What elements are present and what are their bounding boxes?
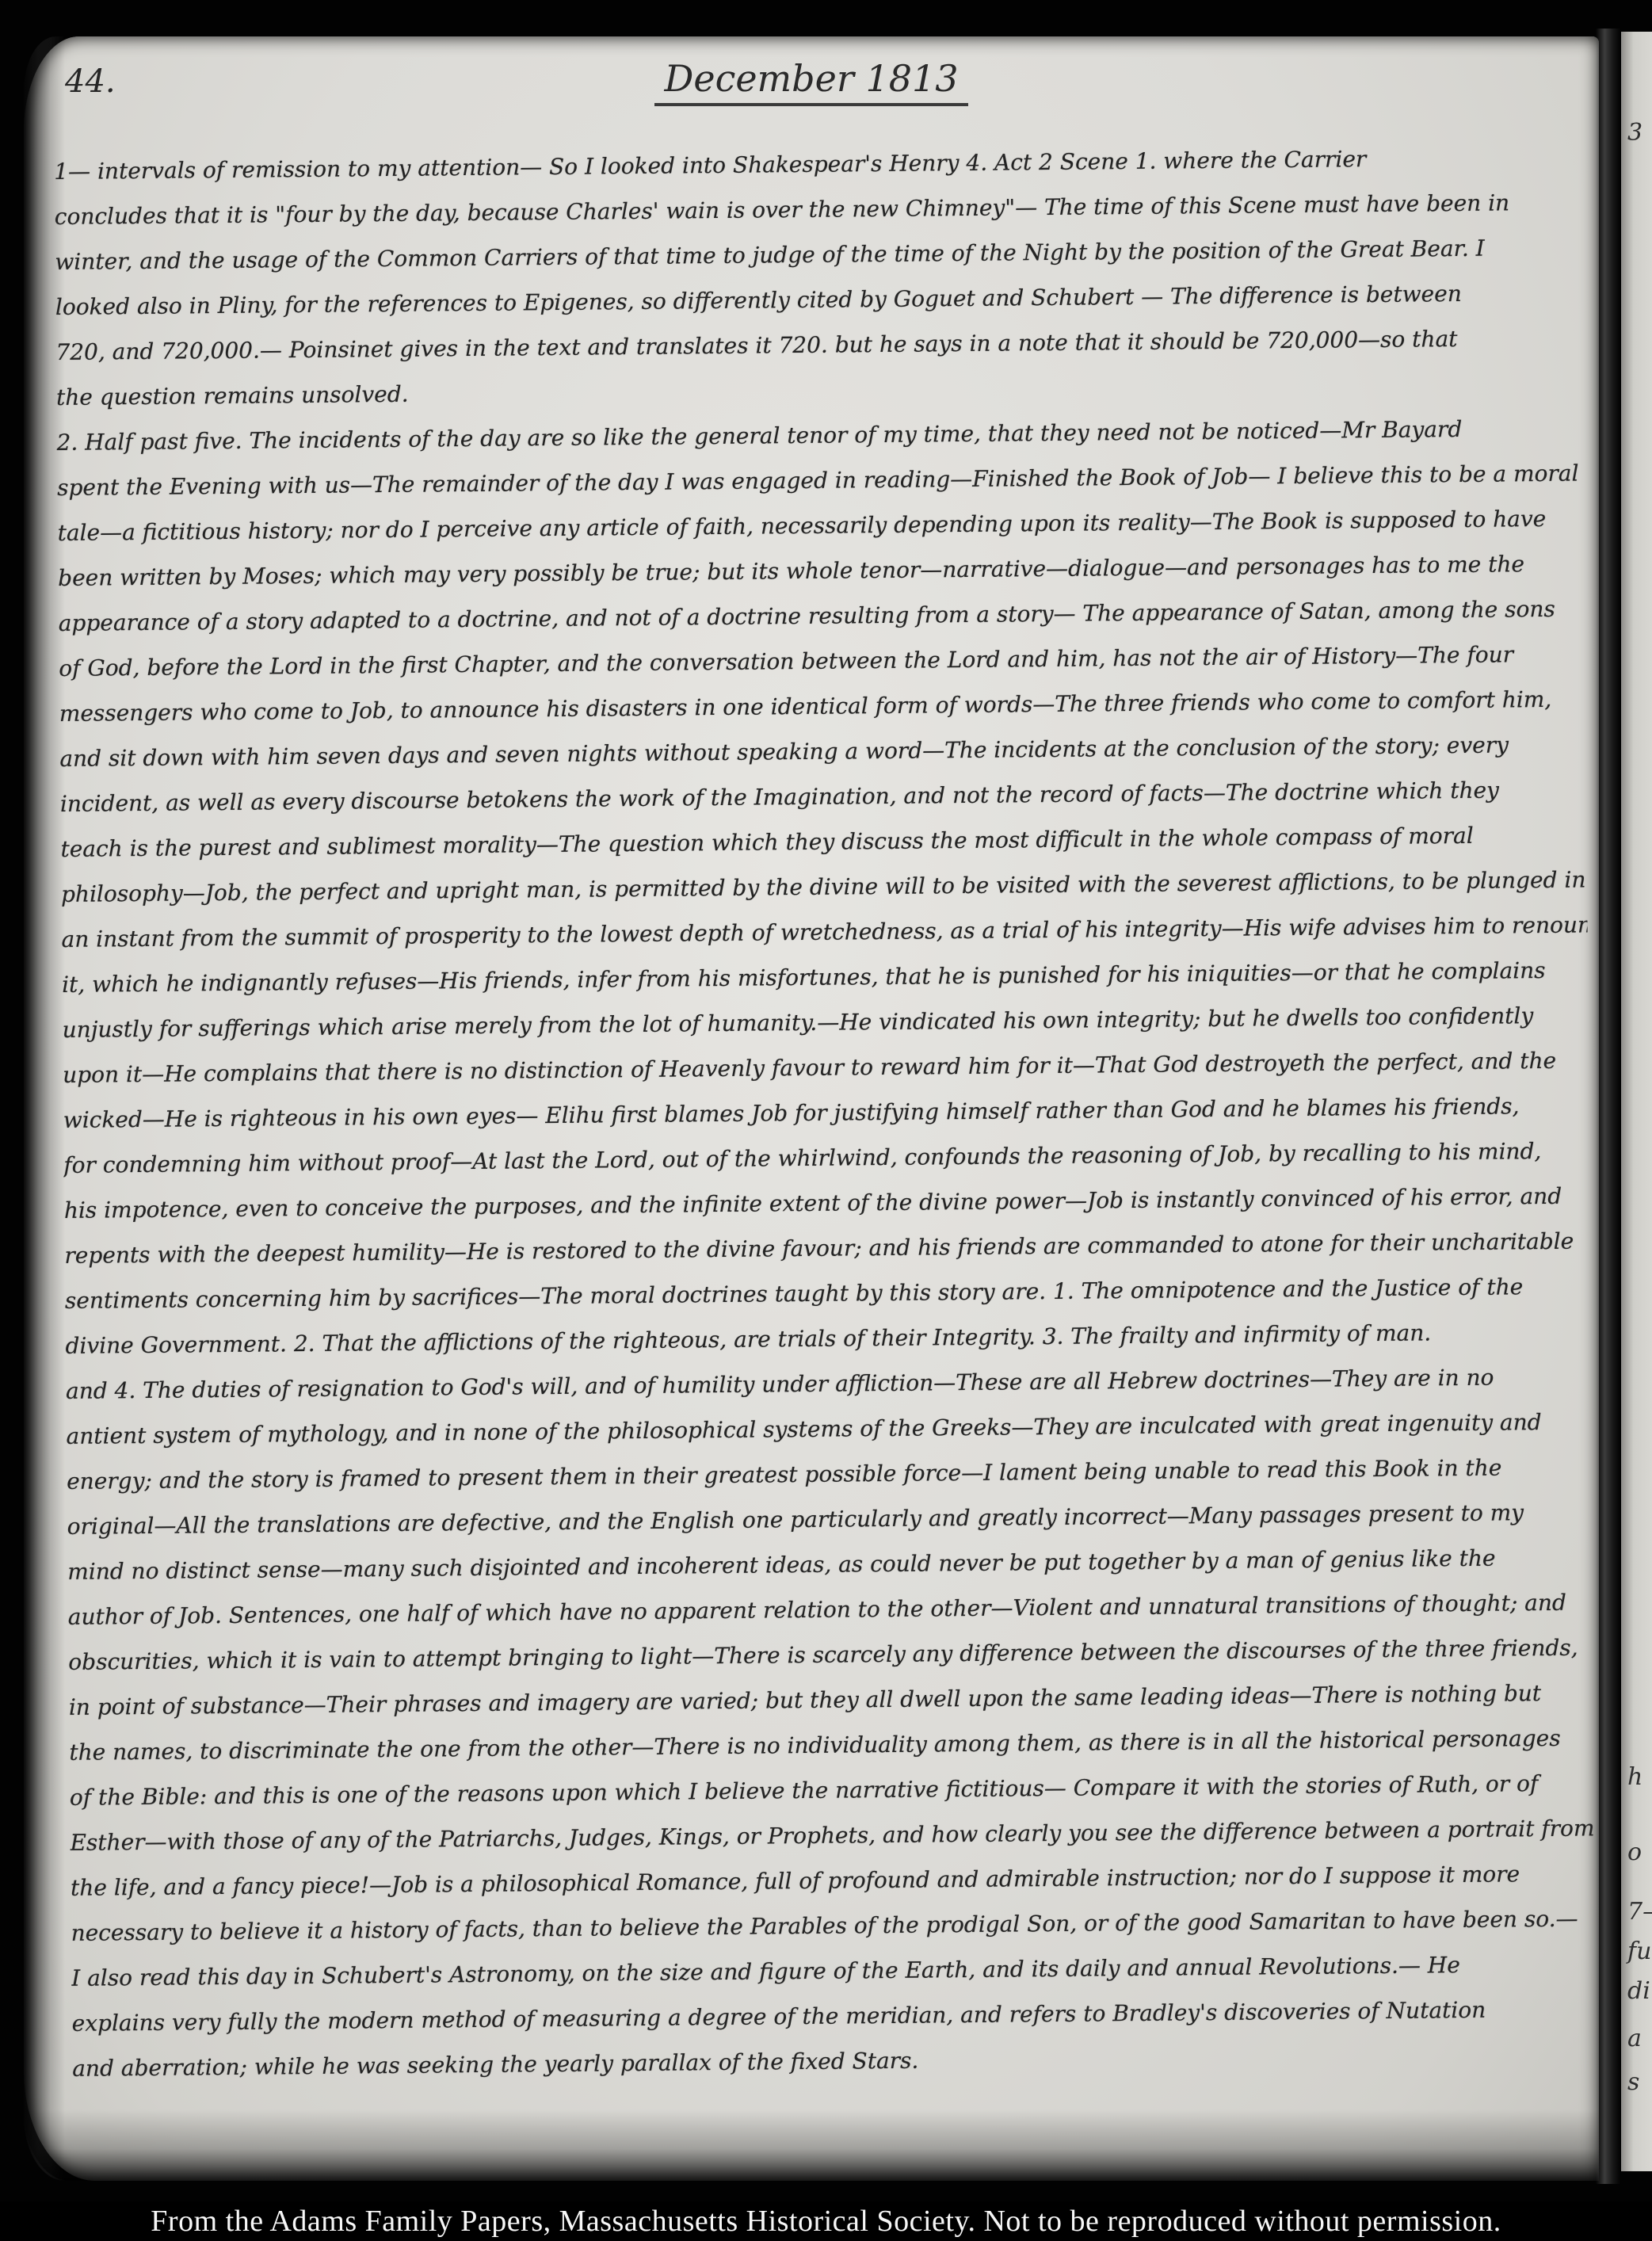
facing-page-fragment: h	[1627, 1763, 1642, 1791]
caption-bar: From the Adams Family Papers, Massachuse…	[0, 2201, 1652, 2241]
manuscript-scan: 44. December 1813 1— intervals of remiss…	[0, 0, 1652, 2241]
facing-page-edge: 3ho7—fudias	[1621, 32, 1652, 2171]
diary-entry: 2. Half past five. The incidents of the …	[56, 405, 1598, 2090]
facing-page-fragment: 3	[1627, 119, 1642, 147]
facing-page-fragment: di	[1627, 1977, 1650, 2005]
caption-text: From the Adams Family Papers, Massachuse…	[151, 2204, 1501, 2239]
facing-page-fragment: fu	[1627, 1937, 1651, 1965]
diary-entry: 1— intervals of remission to my attentio…	[54, 135, 1582, 420]
page-header: December 1813	[24, 57, 1599, 106]
facing-page-fragment: o	[1627, 1838, 1642, 1866]
book-gutter	[1596, 29, 1621, 2184]
facing-page-fragment: a	[1627, 2025, 1642, 2052]
manuscript-text-block: 1— intervals of remission to my attentio…	[54, 135, 1598, 2091]
manuscript-page: 44. December 1813 1— intervals of remiss…	[24, 36, 1599, 2181]
header-date: December 1813	[654, 57, 967, 106]
facing-page-fragment: 7—	[1627, 1898, 1652, 1926]
facing-page-fragment: s	[1627, 2068, 1639, 2096]
